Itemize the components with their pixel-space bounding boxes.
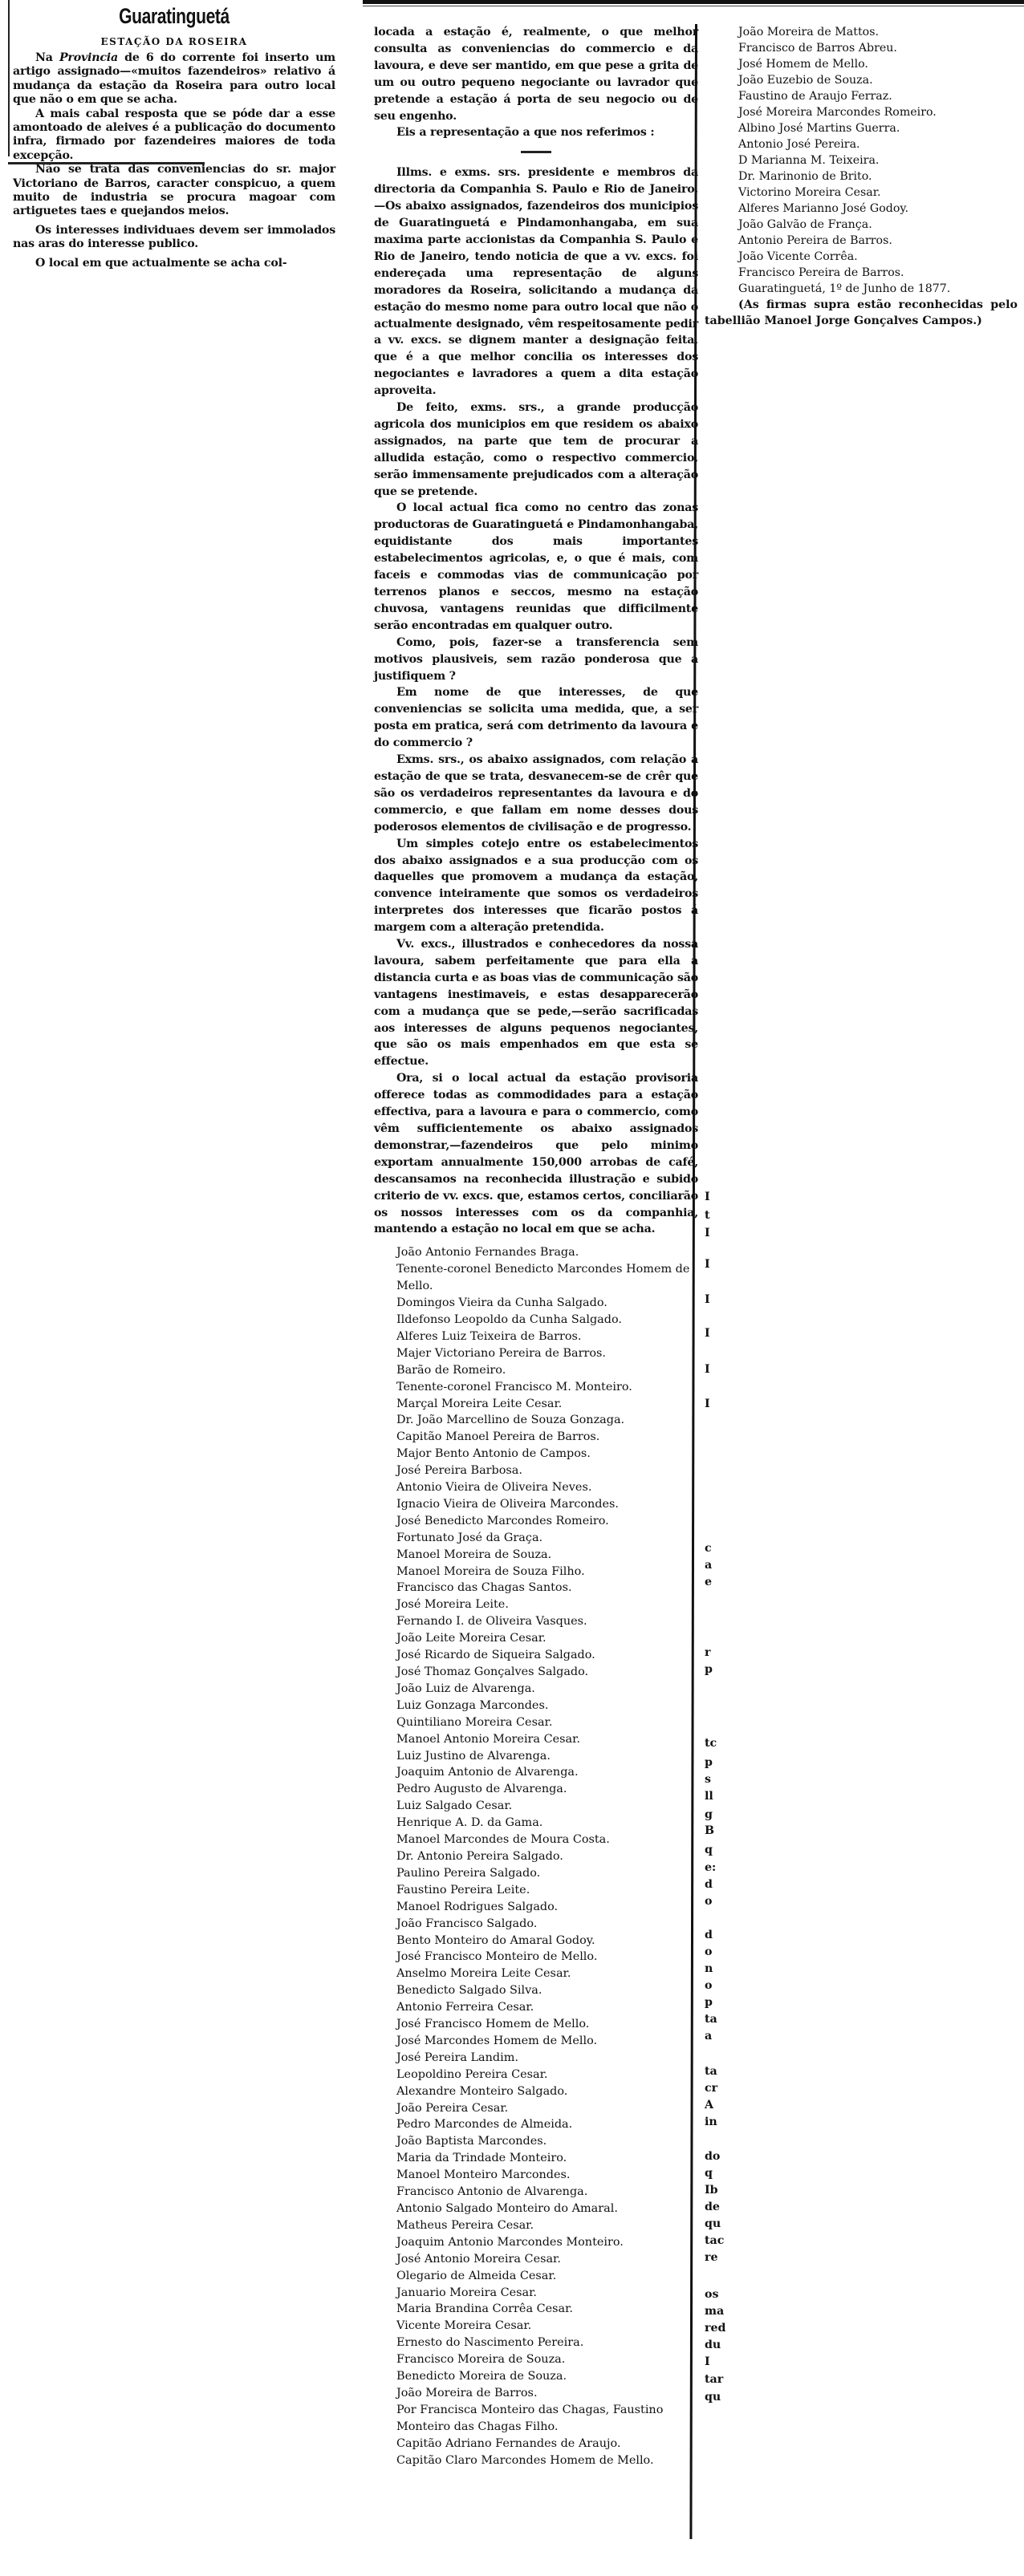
signature-name: Antonio Ferreira Cesar. bbox=[374, 1999, 698, 2016]
edge-fragment: tar bbox=[705, 2371, 723, 2387]
column-end-rule bbox=[8, 162, 205, 164]
edge-fragment: o bbox=[705, 1978, 712, 1994]
edge-fragment: B bbox=[705, 1823, 714, 1839]
signature-name: Alferes Luiz Teixeira de Barros. bbox=[374, 1329, 698, 1345]
signature-name: José Ricardo de Siqueira Salgado. bbox=[374, 1647, 698, 1664]
signature-name: João Antonio Fernandes Braga. bbox=[374, 1244, 698, 1261]
signature-name: Faustino Pereira Leite. bbox=[374, 1882, 698, 1899]
petition-paragraph: Um simples cotejo entre os estabelecimen… bbox=[374, 836, 698, 936]
signature-name: José Francisco Monteiro de Mello. bbox=[374, 1949, 698, 1965]
signature-name: Joaquim Antonio Marcondes Monteiro. bbox=[374, 2234, 698, 2251]
signature-name: Faustino de Araujo Ferraz. bbox=[705, 88, 1024, 104]
signature-name: Francisco Antonio de Alvarenga. bbox=[374, 2184, 698, 2201]
top-rule bbox=[363, 0, 1024, 4]
paragraph: Não se trata das conveniencias do sr. ma… bbox=[13, 163, 335, 219]
signature-name: Antonio Pereira de Barros. bbox=[705, 233, 1024, 249]
edge-fragment: A bbox=[705, 2097, 713, 2113]
signature-name: Fortunato José da Graça. bbox=[374, 1530, 698, 1547]
edge-fragment: I bbox=[705, 2354, 710, 2370]
signature-name: José Moreira Marcondes Romeiro. bbox=[705, 104, 1024, 120]
petition-paragraph: Exms. srs., os abaixo assignados, com re… bbox=[374, 752, 698, 836]
signature-name: Joaquim Antonio de Alvarenga. bbox=[374, 1764, 698, 1781]
article-subtitle: ESTAÇÃO DA ROSEIRA bbox=[13, 35, 335, 48]
edge-fragment: n bbox=[705, 1961, 713, 1977]
signature-name: João Pereira Cesar. bbox=[374, 2100, 698, 2117]
signature-name: João Baptista Marcondes. bbox=[374, 2133, 698, 2150]
signature-name: Manoel Monteiro Marcondes. bbox=[374, 2167, 698, 2184]
newspaper-name-italic: Provincia bbox=[59, 51, 118, 64]
signature-name: Por Francisca Monteiro das Chagas, Faust… bbox=[374, 2402, 698, 2436]
signature-name: Major Bento Antonio de Campos. bbox=[374, 1446, 698, 1462]
signature-name: Luiz Justino de Alvarenga. bbox=[374, 1748, 698, 1765]
dateline: Guaratinguetá, 1º de Junho de 1877. bbox=[705, 281, 1024, 297]
edge-fragment: I bbox=[705, 1361, 710, 1377]
petition-paragraph: Ora, si o local actual da estação provis… bbox=[374, 1070, 698, 1238]
column-3: João Moreira de Mattos.Francisco de Barr… bbox=[705, 24, 1024, 329]
article-title: Guaratinguetá bbox=[48, 5, 300, 27]
edge-fragment: ll bbox=[705, 1788, 713, 1804]
edge-fragment: e bbox=[705, 1574, 712, 1590]
signature-name: José Homem de Mello. bbox=[705, 56, 1024, 72]
signature-name: Bento Monteiro do Amaral Godoy. bbox=[374, 1933, 698, 1949]
edge-fragment: Ib bbox=[705, 2182, 718, 2198]
edge-fragment: q bbox=[705, 1842, 713, 1858]
edge-fragment: s bbox=[705, 1771, 711, 1787]
signature-name: Antonio José Pereira. bbox=[705, 136, 1024, 152]
edge-fragment: tc bbox=[705, 1735, 717, 1751]
signature-name: Manoel Antonio Moreira Cesar. bbox=[374, 1731, 698, 1748]
edge-fragment: tac bbox=[705, 2233, 724, 2249]
signature-name: Francisco de Barros Abreu. bbox=[705, 40, 1024, 56]
signature-name: Capitão Claro Marcondes Homem de Mello. bbox=[374, 2452, 698, 2469]
edge-fragment: cr bbox=[705, 2080, 717, 2096]
signature-name: Antonio Salgado Monteiro do Amaral. bbox=[374, 2201, 698, 2217]
signature-name: Benedicto Moreira de Souza. bbox=[374, 2368, 698, 2385]
signature-name: Olegario de Almeida Cesar. bbox=[374, 2268, 698, 2285]
signature-name: D Marianna M. Teixeira. bbox=[705, 152, 1024, 168]
paragraph: Eis a representação a que nos referimos … bbox=[374, 124, 698, 141]
signature-name: Capitão Adriano Fernandes de Araujo. bbox=[374, 2436, 698, 2452]
edge-fragment: ta bbox=[705, 2063, 717, 2079]
edge-fragment: a bbox=[705, 1557, 712, 1573]
signature-name: João Galvão de França. bbox=[705, 217, 1024, 233]
edge-fragment: in bbox=[705, 2114, 717, 2130]
petition-paragraph: Illms. e exms. srs. presidente e membros… bbox=[374, 164, 698, 400]
signature-name: Fernando I. de Oliveira Vasques. bbox=[374, 1613, 698, 1630]
edge-fragment: I bbox=[705, 1189, 710, 1205]
top-rule-thin bbox=[363, 6, 1024, 6]
section-divider bbox=[521, 151, 551, 153]
edge-fragment: a bbox=[705, 2028, 712, 2044]
edge-fragment: I bbox=[705, 1325, 710, 1341]
signature-name: Manoel Moreira de Souza. bbox=[374, 1547, 698, 1564]
signature-list-continued: João Moreira de Mattos.Francisco de Barr… bbox=[705, 24, 1024, 281]
signature-name: João Euzebio de Souza. bbox=[705, 72, 1024, 88]
paragraph: O local em que actualmente se acha col- bbox=[13, 257, 335, 270]
notary-note: (As firmas supra estão reconhecidas pelo… bbox=[705, 297, 1024, 329]
signature-name: João Moreira de Mattos. bbox=[705, 24, 1024, 40]
signature-name: Manoel Rodrigues Salgado. bbox=[374, 1899, 698, 1916]
signature-name: Pedro Augusto de Alvarenga. bbox=[374, 1781, 698, 1798]
petition-paragraph: Como, pois, fazer-se a transferencia sem… bbox=[374, 635, 698, 685]
petition-paragraph: De feito, exms. srs., a grande producção… bbox=[374, 400, 698, 500]
edge-fragment: de bbox=[705, 2199, 720, 2215]
edge-fragment: os bbox=[705, 2286, 718, 2302]
signature-name: Dr. Marinonio de Brito. bbox=[705, 168, 1024, 185]
signature-name: José Pereira Barbosa. bbox=[374, 1462, 698, 1479]
paragraph: Os interesses individuaes devem ser immo… bbox=[13, 224, 335, 252]
signature-list: João Antonio Fernandes Braga.Tenente-cor… bbox=[374, 1244, 698, 2468]
edge-fragment: qu bbox=[705, 2389, 721, 2405]
paragraph: A mais cabal resposta que se póde dar a … bbox=[13, 108, 335, 164]
signature-name: Alexandre Monteiro Salgado. bbox=[374, 2083, 698, 2100]
edge-fragment: do bbox=[705, 2148, 720, 2164]
signature-name: Ernesto do Nascimento Pereira. bbox=[374, 2335, 698, 2351]
signature-name: João Moreira de Barros. bbox=[374, 2385, 698, 2402]
signature-name: José Moreira Leite. bbox=[374, 1596, 698, 1613]
signature-name: Victorino Moreira Cesar. bbox=[705, 185, 1024, 201]
signature-name: Francisco Pereira de Barros. bbox=[705, 265, 1024, 281]
petition: Illms. e exms. srs. presidente e membros… bbox=[374, 164, 698, 1238]
paragraph-continued: locada a estação é, realmente, o que mel… bbox=[374, 24, 698, 124]
edge-fragment: p bbox=[705, 1755, 713, 1771]
signature-name: João Luiz de Alvarenga. bbox=[374, 1681, 698, 1698]
edge-fragment: q bbox=[705, 2165, 713, 2181]
edge-fragment: e: bbox=[705, 1860, 716, 1876]
edge-fragment: I bbox=[705, 1225, 710, 1241]
edge-fragment: I bbox=[705, 1396, 710, 1412]
signature-name: Leopoldino Pereira Cesar. bbox=[374, 2067, 698, 2083]
signature-name: João Vicente Corrêa. bbox=[705, 249, 1024, 265]
signature-name: José Thomaz Gonçalves Salgado. bbox=[374, 1664, 698, 1681]
petition-paragraph: Em nome de que interesses, de que conven… bbox=[374, 684, 698, 752]
signature-name: José Antonio Moreira Cesar. bbox=[374, 2251, 698, 2268]
signature-name: Francisco Moreira de Souza. bbox=[374, 2351, 698, 2368]
edge-fragment: c bbox=[705, 1540, 712, 1556]
edge-fragment: du bbox=[705, 2337, 721, 2353]
signature-name: Antonio Vieira de Oliveira Neves. bbox=[374, 1479, 698, 1496]
edge-fragment: re bbox=[705, 2249, 718, 2266]
signature-name: Ignacio Vieira de Oliveira Marcondes. bbox=[374, 1496, 698, 1513]
signature-name: Maria da Trindade Monteiro. bbox=[374, 2150, 698, 2167]
edge-fragment: I bbox=[705, 1256, 710, 1272]
signature-name: Tenente-coronel Francisco M. Monteiro. bbox=[374, 1379, 698, 1396]
signature-name: Capitão Manoel Pereira de Barros. bbox=[374, 1429, 698, 1446]
edge-fragment: o bbox=[705, 1893, 712, 1909]
column-1-content: Guaratinguetá ESTAÇÃO DA ROSEIRA Na Prov… bbox=[8, 0, 335, 156]
signature-name: Quintiliano Moreira Cesar. bbox=[374, 1714, 698, 1731]
signature-name: Maria Brandina Corrêa Cesar. bbox=[374, 2301, 698, 2318]
column-2: locada a estação é, realmente, o que mel… bbox=[374, 24, 698, 2469]
edge-fragment: g bbox=[705, 1807, 713, 1823]
signature-name: Luiz Gonzaga Marcondes. bbox=[374, 1698, 698, 1714]
edge-fragment: o bbox=[705, 1944, 712, 1960]
edge-fragment: p bbox=[705, 1994, 713, 2010]
signature-name: Marçal Moreira Leite Cesar. bbox=[374, 1396, 698, 1413]
signature-name: Albino José Martins Guerra. bbox=[705, 120, 1024, 136]
column-1: Guaratinguetá ESTAÇÃO DA ROSEIRA Na Prov… bbox=[0, 0, 337, 164]
petition-paragraph: Vv. excs., illustrados e conhecedores da… bbox=[374, 936, 698, 1070]
edge-fragment: I bbox=[705, 1292, 710, 1308]
signature-name: Luiz Salgado Cesar. bbox=[374, 1798, 698, 1815]
signature-name: Tenente-coronel Benedicto Marcondes Home… bbox=[374, 1261, 698, 1295]
edge-fragment: d bbox=[705, 1927, 713, 1943]
signature-name: José Benedicto Marcondes Romeiro. bbox=[374, 1513, 698, 1530]
signature-name: Matheus Pereira Cesar. bbox=[374, 2217, 698, 2234]
newspaper-page: Guaratinguetá ESTAÇÃO DA ROSEIRA Na Prov… bbox=[0, 0, 1024, 2576]
signature-name: Majer Victoriano Pereira de Barros. bbox=[374, 1345, 698, 1362]
edge-fragment: red bbox=[705, 2320, 725, 2336]
signature-name: Manoel Marcondes de Moura Costa. bbox=[374, 1832, 698, 1848]
signature-name: João Leite Moreira Cesar. bbox=[374, 1630, 698, 1647]
signature-name: José Pereira Landim. bbox=[374, 2050, 698, 2067]
petition-paragraph: O local actual fica como no centro das z… bbox=[374, 500, 698, 634]
signature-name: Januario Moreira Cesar. bbox=[374, 2285, 698, 2302]
edge-fragment: d bbox=[705, 1876, 713, 1892]
signature-name: Dr. Antonio Pereira Salgado. bbox=[374, 1848, 698, 1865]
signature-name: Vicente Moreira Cesar. bbox=[374, 2318, 698, 2335]
paragraph: Na Provincia de 6 do corrente foi insert… bbox=[13, 51, 335, 108]
signature-name: José Marcondes Homem de Mello. bbox=[374, 2033, 698, 2050]
signature-name: Henrique A. D. da Gama. bbox=[374, 1815, 698, 1832]
edge-fragment: r bbox=[705, 1645, 710, 1661]
signature-name: Domingos Vieira da Cunha Salgado. bbox=[374, 1295, 698, 1312]
signature-name: Dr. João Marcellino de Souza Gonzaga. bbox=[374, 1412, 698, 1429]
signature-name: Benedicto Salgado Silva. bbox=[374, 1982, 698, 1999]
signature-name: João Francisco Salgado. bbox=[374, 1916, 698, 1933]
edge-fragment: qu bbox=[705, 2216, 721, 2232]
edge-fragment: ta bbox=[705, 2011, 717, 2027]
signature-name: Paulino Pereira Salgado. bbox=[374, 1865, 698, 1882]
edge-fragment: p bbox=[705, 1661, 713, 1677]
signature-name: Pedro Marcondes de Almeida. bbox=[374, 2116, 698, 2133]
edge-fragment: ma bbox=[705, 2303, 724, 2319]
signature-name: Manoel Moreira de Souza Filho. bbox=[374, 1564, 698, 1580]
edge-fragment: t bbox=[705, 1207, 710, 1223]
signature-name: Barão de Romeiro. bbox=[374, 1362, 698, 1379]
signature-name: José Francisco Homem de Mello. bbox=[374, 2016, 698, 2033]
signature-name: Ildefonso Leopoldo da Cunha Salgado. bbox=[374, 1312, 698, 1329]
signature-name: Francisco das Chagas Santos. bbox=[374, 1580, 698, 1596]
signature-name: Alferes Marianno José Godoy. bbox=[705, 201, 1024, 217]
signature-name: Anselmo Moreira Leite Cesar. bbox=[374, 1965, 698, 1982]
